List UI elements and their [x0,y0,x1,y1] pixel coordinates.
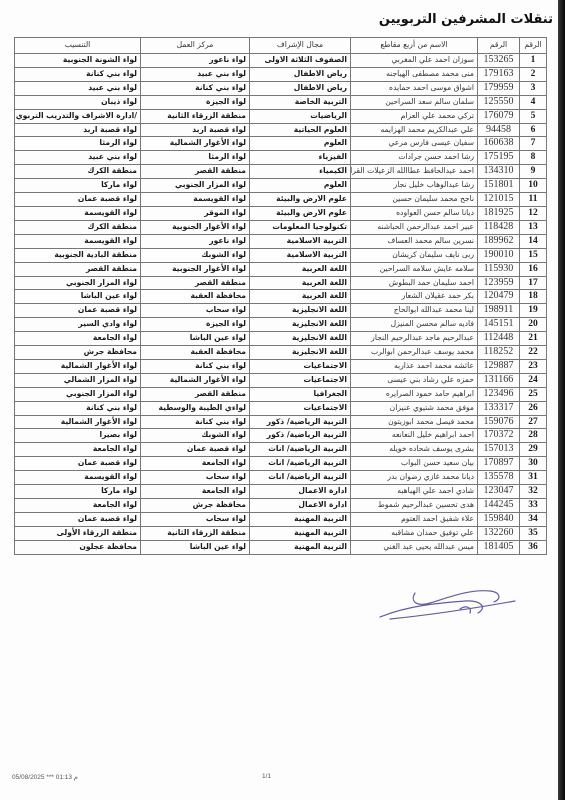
table-row: 29157013بشرى يوسف شحاده خويلهالتربية الر… [15,443,547,457]
employee-id: 145151 [478,318,520,332]
employee-id: 112448 [478,332,520,346]
employee-name: رشا عبدالوهاب خليل نجار [351,179,478,193]
employee-id: 159840 [478,512,520,526]
table-row: 20145151فاديه سالم محسن المنيزلاللغة الا… [15,318,547,332]
workplace: منطقة الزرقاء الثانية [141,109,250,123]
employee-id: 176079 [478,109,520,123]
supervision-field: تكنولوجيا المعلومات [250,220,351,234]
transfers-table: الرقم الرقم الاسم من أربع مقاطع مجال الإ… [14,37,547,555]
supervision-field: الصفوف الثلاثة الاولى [250,54,351,68]
supervision-field: التربية الرياضية/ اناث [250,471,351,485]
assignment: لواء القويسمة [15,234,141,248]
employee-id: 118252 [478,346,520,360]
employee-id: 198911 [478,304,520,318]
employee-id: 132260 [478,526,520,540]
employee-id: 133317 [478,401,520,415]
table-row: 25123496ابراهيم حامد حمود الصرايرهالجغرا… [15,387,547,401]
supervision-field: الكيمياء [250,165,351,179]
footer-page-number: 1/1 [262,773,271,780]
row-index: 31 [520,471,547,485]
workplace: لواءي الطيبة والوسطية [141,401,250,415]
table-row: 11121015ناجح محمد سليمان حسينعلوم الارض … [15,193,547,207]
page-title: تنقلات المشرفين التربويين [379,12,553,27]
supervision-field: اللغة العربية [250,290,351,304]
table-row: 19198911لينا محمد عبدالله ابوالحاجاللغة … [15,304,547,318]
employee-name: هدى تحسين عبدالرحيم شموط [351,499,478,513]
employee-id: 190010 [478,248,520,262]
employee-id: 153265 [478,54,520,68]
workplace: لواء الجيزة [141,95,250,109]
assignment: لواء بني كنانة [15,401,141,415]
col-header-assignment: التنسيب [15,38,141,54]
table-row: 23129887عائشه محمد احمد عذاربهالاجتماعيا… [15,359,547,373]
signature [370,575,520,625]
employee-name: علي توفيق حمدان مشاقبه [351,526,478,540]
employee-name: ناجح محمد سليمان حسين [351,193,478,207]
table-row: 27159076محمد فيصل محمد ابوزيتونالتربية ا… [15,415,547,429]
workplace: محافظة جرش [141,499,250,513]
assignment: لواء ماركا [15,179,141,193]
supervision-field: رياض الاطفال [250,67,351,81]
assignment: لواء ذيبان [15,95,141,109]
supervision-field: رياض الاطفال [250,81,351,95]
row-index: 19 [520,304,547,318]
row-index: 8 [520,151,547,165]
employee-name: نسرين سالم محمد العساف [351,234,478,248]
supervision-field: الاجتماعيات [250,359,351,373]
table-body: 1153265سوزان احمد علي المغربيالصفوف الثل… [15,54,547,555]
employee-id: 159076 [478,415,520,429]
row-index: 3 [520,81,547,95]
employee-name: سلامه عايش سلامه السراحين [351,262,478,276]
row-index: 2 [520,67,547,81]
supervision-field: ادارة الاعمال [250,499,351,513]
assignment: لواء قصبة عمان [15,457,141,471]
employee-name: سلمان سالم سعد السراحين [351,95,478,109]
col-header-id: الرقم [478,38,520,54]
row-index: 22 [520,346,547,360]
workplace: لواء القويسمة [141,193,250,207]
employee-name: عائشه محمد احمد عذاربه [351,359,478,373]
employee-name: محمد يوسف عبدالرحمن ابوالرب [351,346,478,360]
table-header-row: الرقم الرقم الاسم من أربع مقاطع مجال الإ… [15,38,547,54]
supervision-field: التربية الخاصة [250,95,351,109]
employee-id: 181405 [478,540,520,554]
assignment: لواء وادي السير [15,318,141,332]
employee-name: شادي احمد علي الهباهبه [351,485,478,499]
supervision-field: العلوم الحياتية [250,123,351,137]
assignment: محافظة عجلون [15,540,141,554]
assignment: لواء بني كنانة [15,67,141,81]
row-index: 11 [520,193,547,207]
assignment: منطقة القصر [15,262,141,276]
employee-id: 135578 [478,471,520,485]
employee-name: ربى نايف سليمان كريشان [351,248,478,262]
workplace: لواء الشوبك [141,429,250,443]
table-row: 3179959اشواق موسى احمد حمايدهرياض الاطفا… [15,81,547,95]
table-row: 8175195رشا احمد حسن جراداتالفيزياءلواء ا… [15,151,547,165]
employee-name: رشا احمد حسن جرادات [351,151,478,165]
assignment: لواء قصبة عمان [15,512,141,526]
table-row: 5176079تركي محمد علي العزامالرياضياتمنطق… [15,109,547,123]
col-header-workplace: مركز العمل [141,38,250,54]
row-index: 35 [520,526,547,540]
assignment: لواء الجامعة [15,499,141,513]
workplace: لواء الأغوار الجنوبية [141,262,250,276]
employee-name: احمد ابراهيم خليل النعانعه [351,429,478,443]
col-header-field: مجال الإشراف [250,38,351,54]
table-row: 21112448عبدالرحيم ماجد عبدالرحيم النجارا… [15,332,547,346]
row-index: 32 [520,485,547,499]
table-row: 34159840علاء شفيق احمد العتومالتربية الم… [15,512,547,526]
table-row: 32123047شادي احمد علي الهباهبهادارة الاع… [15,485,547,499]
supervision-field: اللغة العربية [250,276,351,290]
assignment: لواء الشونة الجنوبية [15,54,141,68]
assignment: لواء قصبة اربد [15,123,141,137]
employee-id: 125550 [478,95,520,109]
workplace: لواء سحاب [141,512,250,526]
col-header-name: الاسم من أربع مقاطع [351,38,478,54]
employee-id: 129887 [478,359,520,373]
assignment: /ادارة الاشراف والتدريب التربوي قسم ادار… [15,109,141,123]
employee-id: 121015 [478,193,520,207]
employee-name: لينا محمد عبدالله ابوالحاج [351,304,478,318]
table-row: 10151801رشا عبدالوهاب خليل نجارالعلوملوا… [15,179,547,193]
employee-name: بيان سعيد حسن البواب [351,457,478,471]
supervision-field: الجغرافيا [250,387,351,401]
table-row: 13118428عبير احمد عبدالرحمن الحباشنهتكنو… [15,220,547,234]
assignment: لواء الجامعة [15,332,141,346]
row-index: 9 [520,165,547,179]
row-index: 13 [520,220,547,234]
supervision-field: التربية المهنية [250,512,351,526]
employee-name: بكر حمد عقيلان الشعار [351,290,478,304]
workplace: لواء الجيزة [141,318,250,332]
employee-name: سفيان عيسى فارس مرعي [351,137,478,151]
workplace: منطقة الزرقاء الثانية [141,526,250,540]
workplace: لواء الشوبك [141,248,250,262]
table-row: 28170372احمد ابراهيم خليل النعانعهالتربي… [15,429,547,443]
employee-id: 134310 [478,165,520,179]
workplace: محافظة العقبة [141,290,250,304]
workplace: منطقة القصر [141,387,250,401]
employee-name: فاديه سالم محسن المنيزل [351,318,478,332]
assignment: لواء القويسمة [15,206,141,220]
table-row: 33144245هدى تحسين عبدالرحيم شموطادارة ال… [15,499,547,513]
employee-name: ديانا محمد غازي رضوان بدر [351,471,478,485]
employee-name: ابراهيم حامد حمود الصرايره [351,387,478,401]
employee-name: بشرى يوسف شحاده خويله [351,443,478,457]
table-row: 18120479بكر حمد عقيلان الشعاراللغة العرب… [15,290,547,304]
employee-id: 189962 [478,234,520,248]
table-row: 14189962نسرين سالم محمد العسافالتربية ال… [15,234,547,248]
workplace: لواء سحاب [141,471,250,485]
assignment: منطقة البادية الجنوبية [15,248,141,262]
employee-name: سوزان احمد علي المغربي [351,54,478,68]
assignment: لواء بني عبيد [15,81,141,95]
workplace: منطقة القصر [141,276,250,290]
workplace: لواء الأغوار الجنوبية [141,220,250,234]
row-index: 25 [520,387,547,401]
supervision-field: اللغة الانجليزية [250,332,351,346]
workplace: لواء الأغوار الشمالية [141,373,250,387]
employee-id: 131166 [478,373,520,387]
table-row: 16115930سلامه عايش سلامه السراحيناللغة ا… [15,262,547,276]
workplace: لواء الرمثا [141,151,250,165]
workplace: لواء سحاب [141,304,250,318]
row-index: 7 [520,137,547,151]
row-index: 10 [520,179,547,193]
assignment: لواء قصبة عمان [15,193,141,207]
workplace: منطقة القصر [141,165,250,179]
employee-name: احمد سليمان حمد البطوش [351,276,478,290]
employee-name: منى محمد مصطفى الهياجنه [351,67,478,81]
employee-name: حمزه علي رشاد بني عيسى [351,373,478,387]
workplace: لواء الجامعة [141,457,250,471]
workplace: لواء عين الباشا [141,332,250,346]
employee-id: 157013 [478,443,520,457]
employee-id: 120479 [478,290,520,304]
employee-id: 181925 [478,206,520,220]
assignment: لواء ماركا [15,485,141,499]
row-index: 4 [520,95,547,109]
employee-name: ميس عبدالله يحيى عبد الغني [351,540,478,554]
table-row: 2179163منى محمد مصطفى الهياجنهرياض الاطف… [15,67,547,81]
supervision-field: اللغة العربية [250,262,351,276]
assignment: لواء بني عبيد [15,151,141,165]
table-row: 31135578ديانا محمد غازي رضوان بدرالتربية… [15,471,547,485]
employee-name: علي عبدالكريم محمد الهزايمه [351,123,478,137]
assignment: لواء القويسمة [15,471,141,485]
employee-name: موفق محمد شتيوي عنيزان [351,401,478,415]
row-index: 1 [520,54,547,68]
employee-id: 144245 [478,499,520,513]
supervision-field: علوم الارض والبيئة [250,206,351,220]
supervision-field: اللغة الانجليزية [250,304,351,318]
employee-name: عبير احمد عبدالرحمن الحباشنه [351,220,478,234]
table-row: 1153265سوزان احمد علي المغربيالصفوف الثل… [15,54,547,68]
row-index: 23 [520,359,547,373]
row-index: 16 [520,262,547,276]
row-index: 15 [520,248,547,262]
row-index: 30 [520,457,547,471]
assignment: منطقة الكرك [15,165,141,179]
employee-id: 170897 [478,457,520,471]
table-row: 15190010ربى نايف سليمان كريشانالتربية ال… [15,248,547,262]
workplace: لواء ناعور [141,234,250,248]
supervision-field: التربية المهنية [250,540,351,554]
assignment: لواء عين الباشا [15,290,141,304]
supervision-field: التربية المهنية [250,526,351,540]
row-index: 26 [520,401,547,415]
workplace: لواء قصبة اربد [141,123,250,137]
employee-name: اشواق موسى احمد حمايده [351,81,478,95]
supervision-field: التربية الرياضية/ ذكور [250,429,351,443]
workplace: لواء بني عبيد [141,67,250,81]
row-index: 20 [520,318,547,332]
row-index: 21 [520,332,547,346]
supervision-field: الرياضيات [250,109,351,123]
supervision-field: الاجتماعيات [250,373,351,387]
assignment: لواء الأغوار الشمالية [15,415,141,429]
assignment: لواء بصيرا [15,429,141,443]
supervision-field: ادارة الاعمال [250,485,351,499]
assignment: لواء الأغوار الشمالية [15,359,141,373]
employee-name: عبدالرحيم ماجد عبدالرحيم النجار [351,332,478,346]
row-index: 18 [520,290,547,304]
assignment: لواء الرمثا [15,137,141,151]
row-index: 33 [520,499,547,513]
row-index: 5 [520,109,547,123]
assignment: محافظة جرش [15,346,141,360]
row-index: 29 [520,443,547,457]
row-index: 34 [520,512,547,526]
row-index: 24 [520,373,547,387]
supervision-field: التربية الاسلامية [250,248,351,262]
supervision-field: علوم الارض والبيئة [250,193,351,207]
employee-name: احمد عبدالحافظ عطاالله الزعيلات القرالة [351,165,478,179]
employee-name: محمد فيصل محمد ابوزيتون [351,415,478,429]
workplace: لواء بني كنانة [141,415,250,429]
row-index: 36 [520,540,547,554]
workplace: لواء الأغوار الشمالية [141,137,250,151]
employee-id: 179959 [478,81,520,95]
table-row: 36181405ميس عبدالله يحيى عبد الغنيالتربي… [15,540,547,554]
workplace: لواء بني كنانة [141,81,250,95]
workplace: لواء الجامعة [141,485,250,499]
row-index: 6 [520,123,547,137]
footer-timestamp: 05/08/2025 *** 01:13 م [12,773,78,781]
employee-id: 94458 [478,123,520,137]
assignment: منطقة الكرك [15,220,141,234]
row-index: 27 [520,415,547,429]
workplace: محافظة العقبة [141,346,250,360]
workplace: لواء المزار الجنوبي [141,179,250,193]
table-row: 7160638سفيان عيسى فارس مرعيالعلوملواء ال… [15,137,547,151]
employee-name: تركي محمد علي العزام [351,109,478,123]
col-header-index: الرقم [520,38,547,54]
employee-name: علاء شفيق احمد العتوم [351,512,478,526]
supervision-field: الفيزياء [250,151,351,165]
assignment: لواء الجامعة [15,443,141,457]
employee-name: ديانا سالم حسن العواوده [351,206,478,220]
supervision-field: العلوم [250,137,351,151]
employee-id: 151801 [478,179,520,193]
employee-id: 175195 [478,151,520,165]
table-row: 22118252محمد يوسف عبدالرحمن ابوالرباللغة… [15,346,547,360]
assignment: لواء قصبة عمان [15,304,141,318]
supervision-field: اللغة الانجليزية [250,318,351,332]
table-row: 9134310احمد عبدالحافظ عطاالله الزعيلات ا… [15,165,547,179]
table-row: 694458علي عبدالكريم محمد الهزايمهالعلوم … [15,123,547,137]
supervision-field: التربية الرياضية/ اناث [250,457,351,471]
supervision-field: اللغة الانجليزية [250,346,351,360]
employee-id: 160638 [478,137,520,151]
assignment: لواء المزار الجنوبي [15,387,141,401]
table-row: 26133317موفق محمد شتيوي عنيزانالاجتماعيا… [15,401,547,415]
table-row: 17123959احمد سليمان حمد البطوشاللغة العر… [15,276,547,290]
table-row: 30170897بيان سعيد حسن البوابالتربية الري… [15,457,547,471]
table-row: 35132260علي توفيق حمدان مشاقبهالتربية ال… [15,526,547,540]
row-index: 12 [520,206,547,220]
employee-id: 115930 [478,262,520,276]
workplace: لواء ناعور [141,54,250,68]
employee-id: 118428 [478,220,520,234]
assignment: لواء المزار الجنوبي [15,276,141,290]
table-row: 24131166حمزه علي رشاد بني عيسىالاجتماعيا… [15,373,547,387]
supervision-field: التربية الرياضية/ ذكور [250,415,351,429]
row-index: 28 [520,429,547,443]
supervision-field: التربية الرياضية/ اناث [250,443,351,457]
workplace: لواء قصبة عمان [141,443,250,457]
assignment: منطقة الزرقاء الأولى [15,526,141,540]
workplace: لواء الموقر [141,206,250,220]
workplace: لواء بني كنانة [141,359,250,373]
assignment: لواء المزار الشمالي [15,373,141,387]
employee-id: 179163 [478,67,520,81]
row-index: 14 [520,234,547,248]
supervision-field: التربية الاسلامية [250,234,351,248]
supervision-field: العلوم [250,179,351,193]
table-row: 12181925ديانا سالم حسن العواودهعلوم الار… [15,206,547,220]
scan-edge-shadow [558,0,565,800]
supervision-field: الاجتماعيات [250,401,351,415]
employee-id: 123496 [478,387,520,401]
employee-id: 123959 [478,276,520,290]
workplace: لواء عين الباشا [141,540,250,554]
table-row: 4125550سلمان سالم سعد السراحينالتربية ال… [15,95,547,109]
employee-id: 170372 [478,429,520,443]
employee-id: 123047 [478,485,520,499]
row-index: 17 [520,276,547,290]
